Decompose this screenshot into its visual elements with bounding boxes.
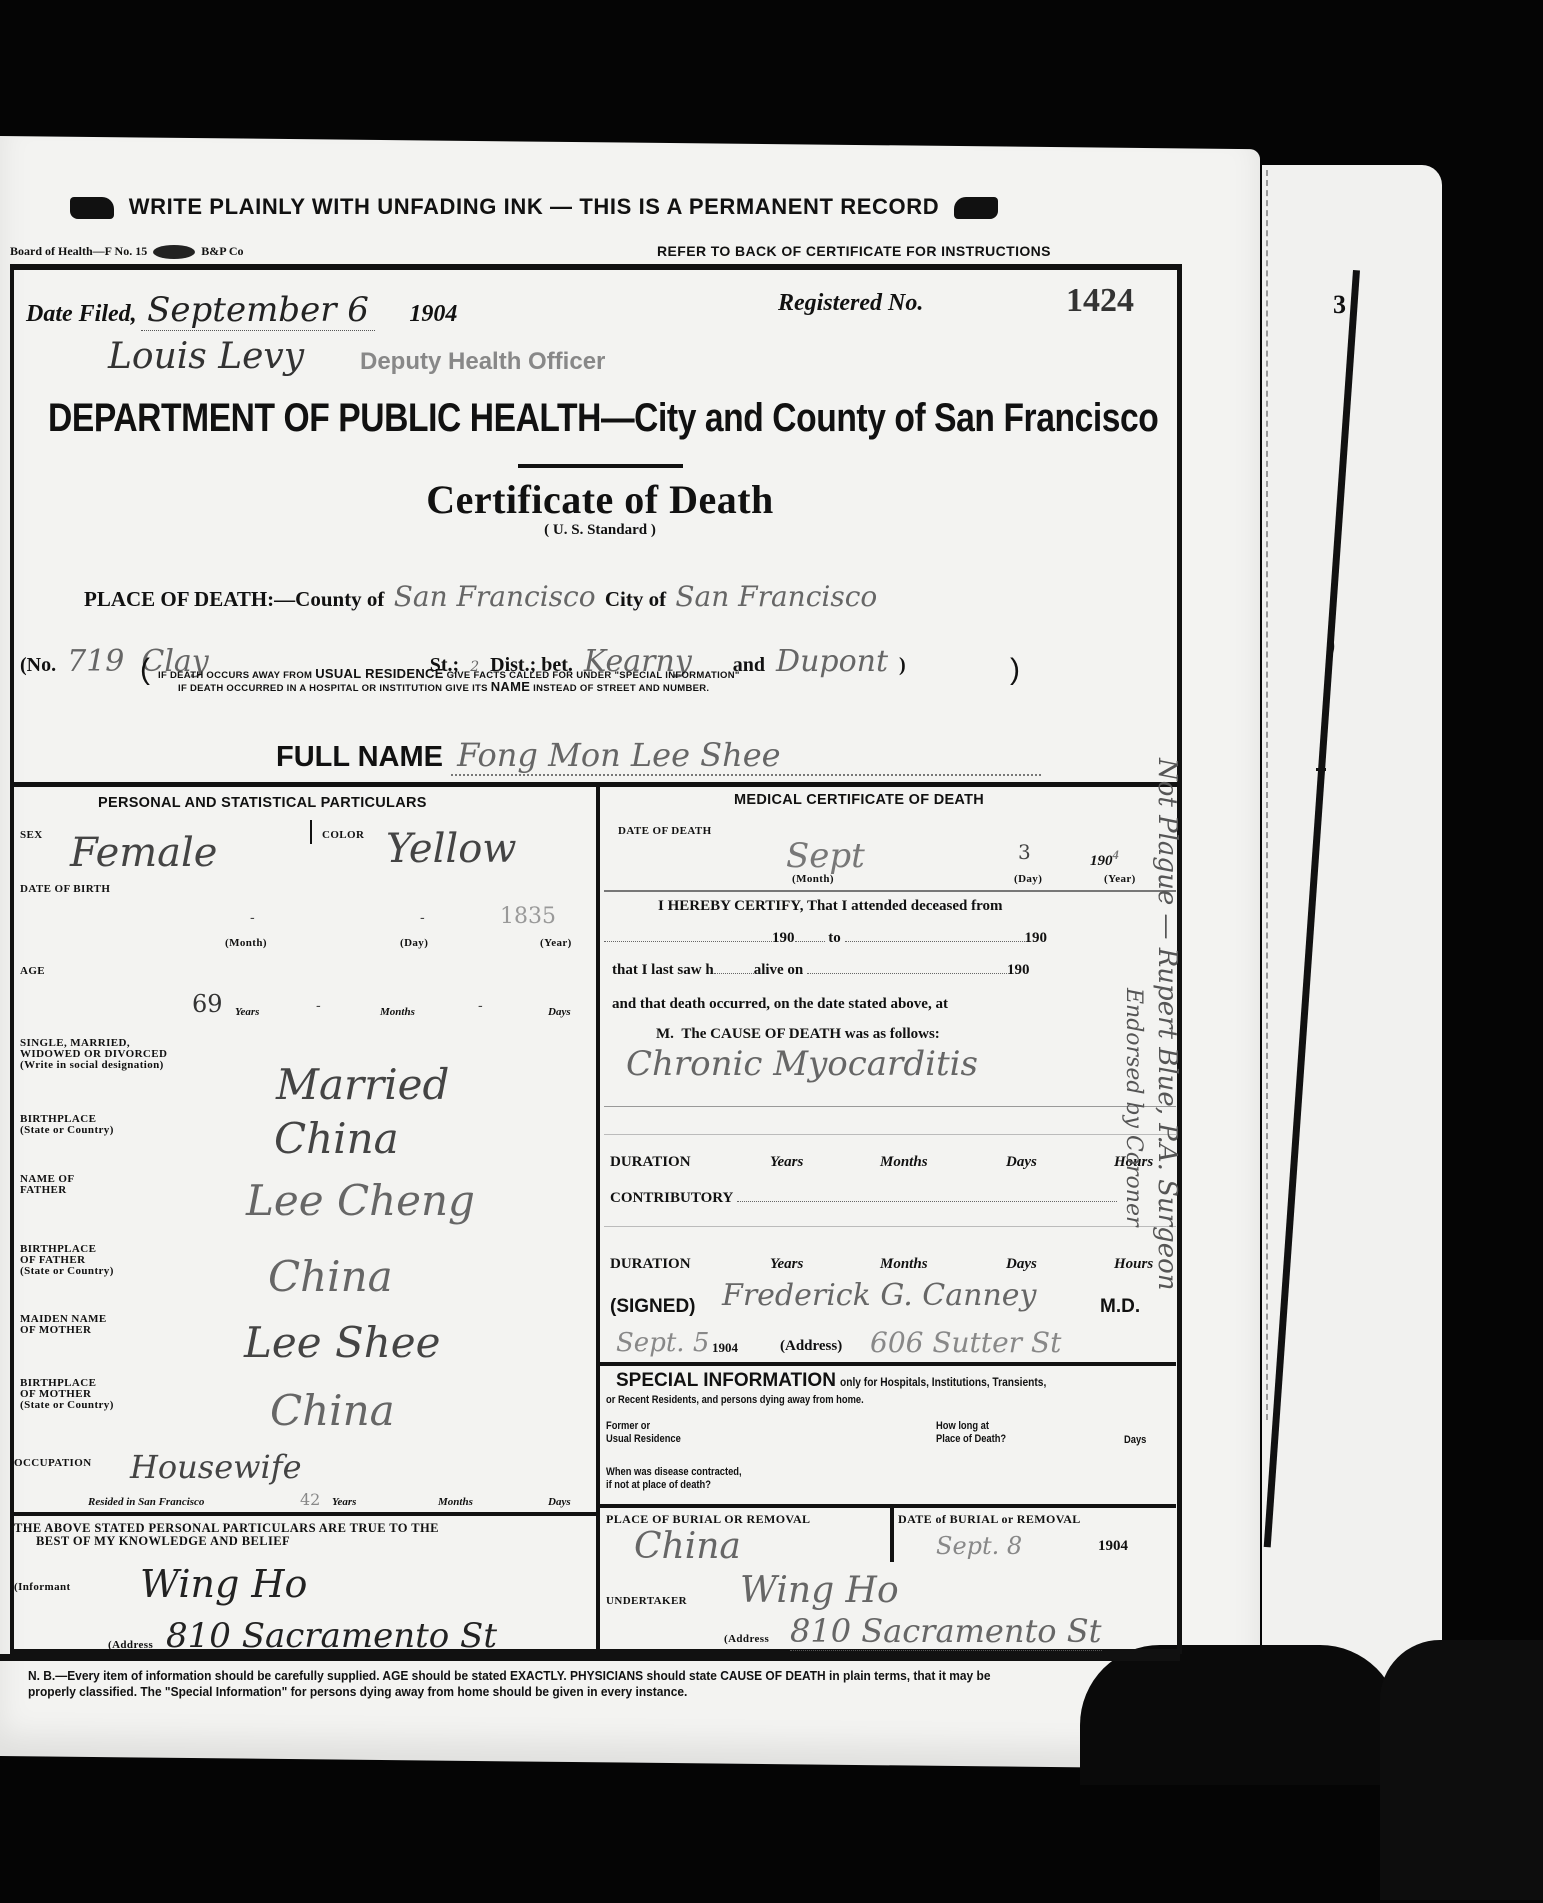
scanner-shadow bbox=[1080, 1645, 1400, 1785]
full-name: FULL NAME Fong Mon Lee Shee bbox=[276, 736, 1041, 774]
column-divider bbox=[596, 784, 600, 1654]
pointing-hand-icon bbox=[70, 197, 114, 219]
birth-year: 1835 bbox=[500, 904, 556, 929]
mother-name: Lee Shee bbox=[244, 1318, 441, 1367]
officer-signature: Louis Levy bbox=[108, 336, 304, 377]
burial-place: China bbox=[634, 1526, 741, 1567]
death-month: Sept bbox=[786, 836, 865, 876]
undertaker-address: 810 Sacramento St bbox=[790, 1612, 1102, 1651]
stub-dash bbox=[1316, 768, 1326, 771]
father-name: Lee Cheng bbox=[246, 1176, 475, 1225]
color-value: Yellow bbox=[386, 826, 517, 872]
sex-value: Female bbox=[70, 830, 217, 876]
date-filed: Date Filed, September 6 1904 bbox=[26, 290, 457, 330]
informant-name: Wing Ho bbox=[140, 1562, 307, 1606]
date-filed-value: September 6 bbox=[141, 290, 375, 331]
union-seal-icon bbox=[153, 245, 195, 259]
street-number: 719 bbox=[61, 644, 130, 679]
residence-note: ( IF DEATH OCCURS AWAY FROM USUAL RESIDE… bbox=[150, 668, 740, 694]
mother-birthplace: China bbox=[270, 1386, 395, 1435]
certificate-title: Certificate of Death bbox=[0, 476, 1200, 523]
margin-annotation: Not Plague — Rupert Blue, P.A. Surgeon E… bbox=[1116, 758, 1184, 998]
personal-header: PERSONAL AND STATISTICAL PARTICULARS bbox=[98, 795, 427, 811]
perforation-line bbox=[1266, 170, 1270, 1420]
burial-date: Sept. 8 bbox=[936, 1532, 1022, 1560]
stub-letter: 3 bbox=[1333, 290, 1346, 320]
footnote: N. B.—Every item of information should b… bbox=[28, 1668, 1003, 1700]
birthplace: China bbox=[274, 1114, 399, 1163]
marital-status: Married bbox=[276, 1060, 449, 1109]
medical-header: MEDICAL CERTIFICATE OF DEATH bbox=[734, 792, 984, 808]
registered-label: Registered No. bbox=[778, 290, 923, 317]
father-birthplace: China bbox=[268, 1252, 393, 1301]
occupation: Housewife bbox=[130, 1448, 302, 1486]
banner: WRITE PLAINLY WITH UNFADING INK — THIS I… bbox=[62, 194, 1006, 220]
county-value: San Francisco bbox=[390, 580, 600, 613]
stub-paren: ) bbox=[1328, 632, 1335, 658]
signed-date: Sept. 5 bbox=[616, 1328, 709, 1358]
title-rule bbox=[518, 464, 683, 468]
department-heading: DEPARTMENT OF PUBLIC HEALTH—City and Cou… bbox=[48, 396, 1158, 441]
banner-text: WRITE PLAINLY WITH UNFADING INK — THIS I… bbox=[129, 194, 940, 219]
physician-signature: Frederick G. Canney bbox=[722, 1278, 1036, 1313]
resided-years: 42 bbox=[300, 1490, 320, 1509]
between-street-2: Dupont bbox=[770, 644, 894, 679]
age-years: 69 bbox=[192, 990, 223, 1018]
thumb-shadow bbox=[1380, 1640, 1543, 1900]
city-value: San Francisco bbox=[671, 580, 881, 613]
cause-of-death: Chronic Myocarditis bbox=[626, 1044, 978, 1084]
certificate-subtitle: ( U. S. Standard ) bbox=[0, 522, 1200, 539]
special-info-header: SPECIAL INFORMATION bbox=[616, 1370, 836, 1391]
full-name-value: Fong Mon Lee Shee bbox=[451, 736, 1041, 776]
place-of-death: PLACE OF DEATH:—County of San Francisco … bbox=[84, 580, 881, 613]
death-day: 3 bbox=[1018, 840, 1031, 864]
registered-number: 1424 bbox=[1066, 282, 1134, 320]
instructions-ref: REFER TO BACK OF CERTIFICATE FOR INSTRUC… bbox=[657, 243, 1051, 259]
pointing-hand-icon-right bbox=[954, 197, 998, 219]
informant-address: 810 Sacramento St bbox=[166, 1616, 497, 1657]
form-id: Board of Health—F No. 15 B&P Co bbox=[10, 244, 244, 259]
undertaker-name: Wing Ho bbox=[740, 1570, 899, 1611]
officer-title-stamp: Deputy Health Officer bbox=[360, 348, 605, 376]
attached-stub bbox=[1262, 165, 1442, 1745]
physician-address: 606 Sutter St bbox=[870, 1326, 1061, 1359]
